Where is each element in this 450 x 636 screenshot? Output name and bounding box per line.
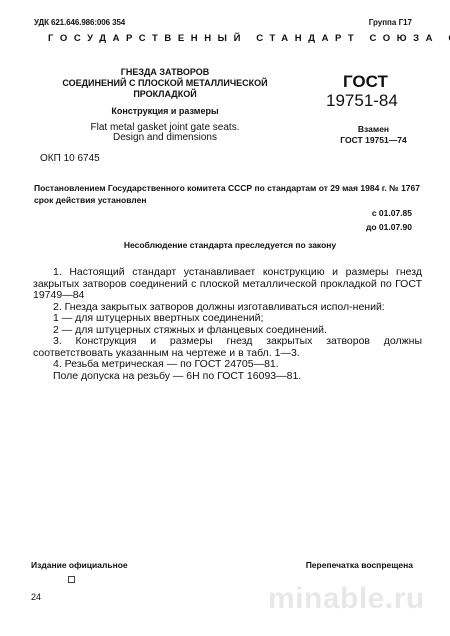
watermark: minable.ru [268,582,425,616]
english-title-line: Design and dimensions [40,133,290,143]
law-notice: Несоблюдение стандарта преследуется по з… [30,240,430,250]
document-title: ГНЕЗДА ЗАТВОРОВ СОЕДИНЕНИЙ С ПЛОСКОЙ МЕТ… [40,67,290,100]
title-line: ПРОКЛАДКОЙ [40,89,290,100]
decree-text: Постановлением Государственного комитета… [34,182,420,206]
official-edition: Издание официальное [31,560,128,570]
gost-label: ГОСТ [343,72,388,92]
replaces-value: ГОСТ 19751—74 [325,135,422,146]
title-line: ГНЕЗДА ЗАТВОРОВ [40,67,290,78]
english-title: Flat metal gasket joint gate seats. Desi… [40,123,290,143]
gost-number: 19751-84 [326,91,398,111]
valid-from: с 01.07.85 [372,208,412,218]
title-line: СОЕДИНЕНИЙ С ПЛОСКОЙ МЕТАЛЛИЧЕСКОЙ [40,78,290,89]
state-standard-banner: ГОСУДАРСТВЕННЫЙ СТАНДАРТ СОЮЗА ССР [48,33,450,44]
replaces-block: Взамен ГОСТ 19751—74 [325,124,422,146]
udk-code: УДК 621.646.986:006 354 [34,18,125,27]
paragraph-4: 4. Резьба метрическая — по ГОСТ 24705—81… [33,359,422,371]
paragraph-1: 1. Настоящий стандарт устанавливает конс… [33,267,422,302]
square-mark-icon [68,576,75,583]
paragraph-3: 3. Конструкция и размеры гнезд закрытых … [33,336,422,359]
group-code: Группа Г17 [369,18,412,27]
valid-to: до 01.07.90 [366,222,412,232]
reprint-prohibited: Перепечатка воспрещена [306,560,413,570]
okp-code: ОКП 10 6745 [40,153,100,164]
page-number: 24 [31,592,41,602]
body-text: 1. Настоящий стандарт устанавливает конс… [33,267,422,382]
variant-1: 1 — для штуцерных ввертных соединений; [33,313,422,325]
replaces-label: Взамен [325,124,422,135]
document-subtitle: Конструкция и размеры [40,106,290,116]
thread-tolerance: Поле допуска на резьбу — 6Н по ГОСТ 1609… [33,371,422,383]
